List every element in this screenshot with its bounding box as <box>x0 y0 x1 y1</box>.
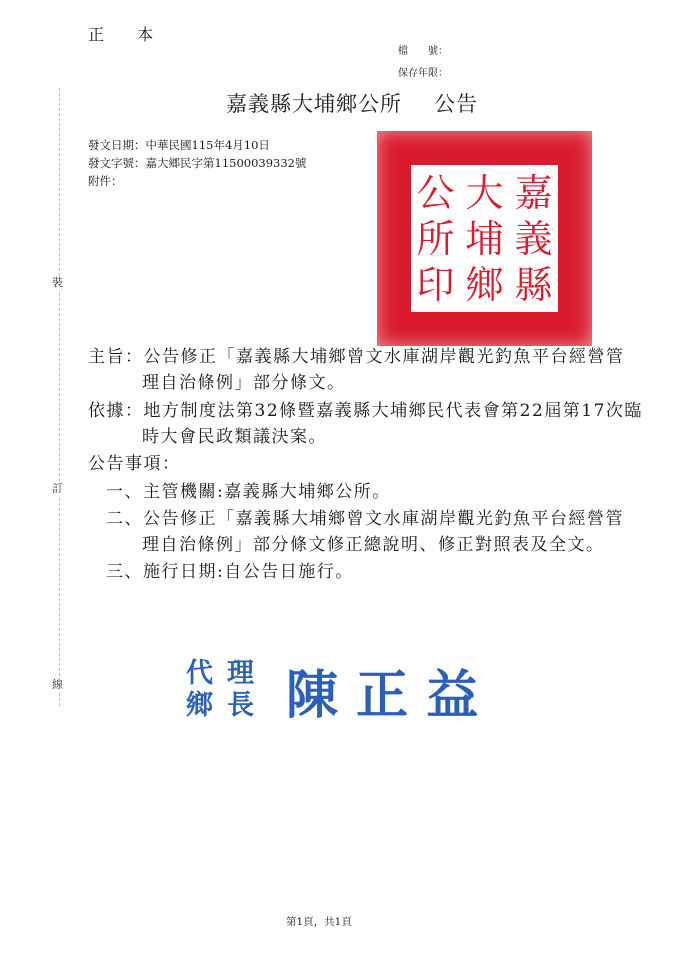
copy-mark: 正 本 <box>88 22 167 45</box>
basis-line-2: 時大會民政類議決案。 <box>142 425 327 449</box>
signature-title-col-1: 代 鄉 <box>186 658 213 722</box>
signature-stamp: 代 鄉 理 長 陳 正 益 <box>186 650 478 730</box>
official-seal: 嘉 義 縣 大 埔 鄉 公 所 印 <box>377 131 592 346</box>
seal-char: 鄉 <box>465 262 503 308</box>
seal-char: 義 <box>514 216 552 262</box>
binding-mark-zhuang: 裝 <box>52 276 63 290</box>
binding-mark-xian: 線 <box>52 678 63 692</box>
binding-mark-ding: 訂 <box>52 482 63 496</box>
page-number: 第1頁，共1頁 <box>286 914 352 929</box>
file-number-label: 檔 號： <box>398 42 448 57</box>
seal-char: 大 <box>465 170 503 216</box>
agency-name: 嘉義縣大埔鄉公所 <box>226 92 402 116</box>
attachment-label: 附件： <box>88 173 123 189</box>
item-1: 一、主管機關:嘉義縣大埔鄉公所。 <box>106 480 391 504</box>
seal-column-3: 公 所 印 <box>416 170 454 308</box>
seal-column-1: 嘉 義 縣 <box>514 170 552 308</box>
seal-inner: 嘉 義 縣 大 埔 鄉 公 所 印 <box>411 165 558 312</box>
retention-period-label: 保存年限： <box>398 64 448 79</box>
seal-char: 所 <box>416 216 454 262</box>
page-title: 嘉義縣大埔鄉公所公告 <box>226 88 478 118</box>
subject-line-1: 主旨：公告修正「嘉義縣大埔鄉曾文水庫湖岸觀光釣魚平台經營管 <box>88 345 625 369</box>
seal-char: 縣 <box>514 262 552 308</box>
issue-number: 發文字號：嘉大鄉民字第11500039332號 <box>88 155 306 171</box>
seal-char: 印 <box>416 262 454 308</box>
signature-char: 理 <box>227 658 254 690</box>
binding-line <box>59 88 60 706</box>
item-2-line-1: 二、公告修正「嘉義縣大埔鄉曾文水庫湖岸觀光釣魚平台經營管 <box>106 507 624 531</box>
items-heading: 公告事項： <box>88 452 181 476</box>
signatory-name: 陳 正 益 <box>286 653 478 728</box>
seal-char: 嘉 <box>514 170 552 216</box>
item-3: 三、施行日期:自公告日施行。 <box>106 560 354 584</box>
signature-char: 代 <box>186 658 213 690</box>
signature-char: 鄉 <box>186 690 213 722</box>
seal-char: 公 <box>416 170 454 216</box>
seal-char: 埔 <box>465 216 503 262</box>
signature-title-col-2: 理 長 <box>227 658 254 722</box>
signature-char: 長 <box>227 690 254 722</box>
document-type: 公告 <box>434 92 478 116</box>
seal-column-2: 大 埔 鄉 <box>465 170 503 308</box>
basis-line-1: 依據：地方制度法第32條暨嘉義縣大埔鄉民代表會第22屆第17次臨 <box>88 399 643 423</box>
item-2-line-2: 理自治條例」部分條文修正總說明、修正對照表及全文。 <box>142 533 605 557</box>
subject-line-2: 理自治條例」部分條文。 <box>142 371 346 395</box>
issue-date: 發文日期：中華民國115年4月10日 <box>88 137 270 153</box>
